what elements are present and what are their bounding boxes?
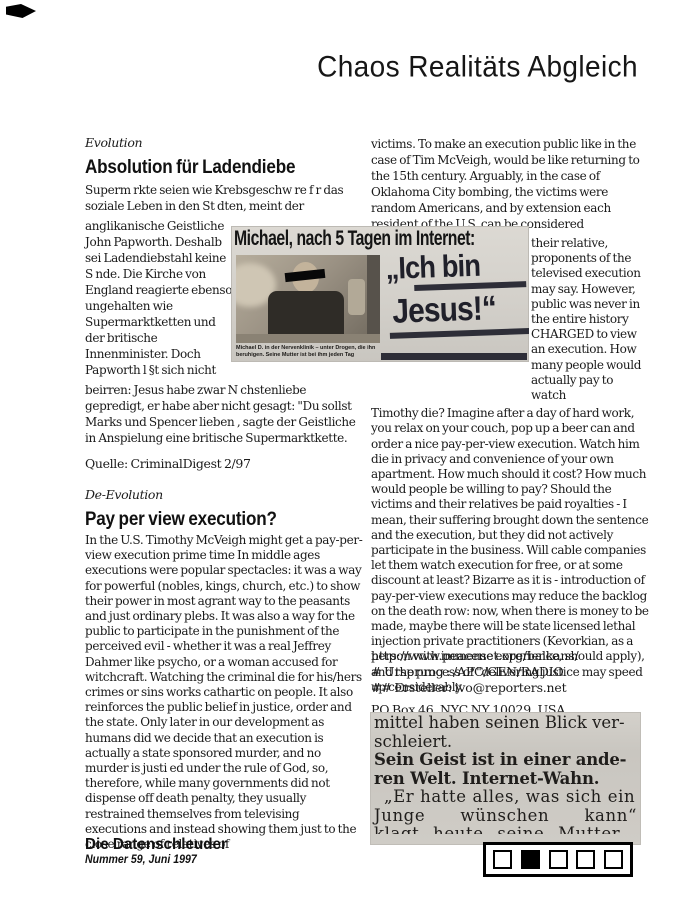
footer-brand: Die Datenschleuder <box>85 836 227 853</box>
origin-line: # Ursprung : /APC/GEN/RADIO <box>371 664 650 680</box>
paragraph-ladendiebe-wide: Superm rkte seien wie Krebsgeschw re f r… <box>85 182 363 214</box>
clipping-bold-line: Sein Geist ist in einer ande- <box>374 751 637 770</box>
article-heading-payperview: Pay per view execution? <box>85 509 335 530</box>
article-kicker-de-evolution: De-Evolution <box>85 488 363 502</box>
quote-word: wünschen <box>460 807 549 826</box>
page-indicator-square-active <box>521 850 540 869</box>
quote-word: kann“ <box>584 807 637 826</box>
paragraph-ladendiebe-rest: beirren: Jesus habe zwar N chstenliebe g… <box>85 382 363 446</box>
paragraph-payperview-right-wide: victims. To make an execution public lik… <box>371 136 650 232</box>
person-photo <box>236 255 380 343</box>
paragraph-ladendiebe-narrow: anglikanische Geistliche John Papworth. … <box>85 218 233 378</box>
photo-dark-edge <box>367 255 380 343</box>
clipping-bold-line: ren Welt. Internet-Wahn. <box>374 770 637 789</box>
creator-line: ## Ersteller: ivo@reporters.net <box>371 680 650 696</box>
url-line: http://www.peacenet.org/balkans/ <box>371 648 650 664</box>
clipping-body: Michael D. in der Nervenklinik – unter D… <box>231 252 529 362</box>
big-quote: „Ich bin Jesus!“ <box>385 247 529 360</box>
quote-line-1: „Ich bin <box>385 248 511 285</box>
clipping-headline: Michael, nach 5 Tagen im Internet: <box>231 226 529 250</box>
photo-object <box>348 279 365 315</box>
paragraph-payperview-left: In the U.S. Timothy McVeigh might get a … <box>85 533 363 852</box>
clipping-line: schleiert. <box>374 733 637 752</box>
photo-caption: Michael D. in der Nervenklinik – unter D… <box>236 345 386 358</box>
scan-artifact-corner <box>6 4 36 18</box>
article-kicker-evolution: Evolution <box>85 136 363 150</box>
page-title: Chaos Realitäts Abgleich <box>317 50 638 84</box>
source-line: Quelle: CriminalDigest 2/97 <box>85 456 363 472</box>
page-indicator-square <box>493 850 512 869</box>
clipping-cutoff-line: klagt heute seine Mutter Ell <box>374 825 637 834</box>
footer-issue: Nummer 59, Juni 1997 <box>85 854 197 866</box>
page-indicator-square <box>576 850 595 869</box>
magazine-page: Chaos Realitäts Abgleich Evolution Absol… <box>0 0 700 906</box>
quote-line-2: Jesus!“ <box>386 290 512 330</box>
page-indicator <box>483 842 633 877</box>
clipping-line: mittel haben seinen Blick ver- <box>374 714 637 733</box>
jesus-newspaper-clipping: Michael, nach 5 Tagen im Internet: Micha… <box>231 226 529 362</box>
page-indicator-square <box>604 850 623 869</box>
paragraph-payperview-right-narrow: their relative, proponents of the televi… <box>531 236 650 403</box>
article-heading-ladendiebe: Absolution für Ladendiebe <box>85 157 335 178</box>
article-footer-block: http://www.peacenet.org/balkans/ # Urspr… <box>371 648 650 718</box>
photo-table-strip <box>236 334 380 343</box>
clipping-quote-line-justified: Junge wünschen kann“ <box>374 807 637 826</box>
page-indicator-square <box>549 850 568 869</box>
clipping-quote-line: „Er hatte alles, was sich ein <box>374 788 637 807</box>
internet-wahn-clipping: mittel haben seinen Blick ver- schleiert… <box>370 712 641 845</box>
quote-word: Junge <box>374 807 425 826</box>
underline-bar-bottom <box>381 353 527 360</box>
right-column: victims. To make an execution public lik… <box>371 136 650 695</box>
